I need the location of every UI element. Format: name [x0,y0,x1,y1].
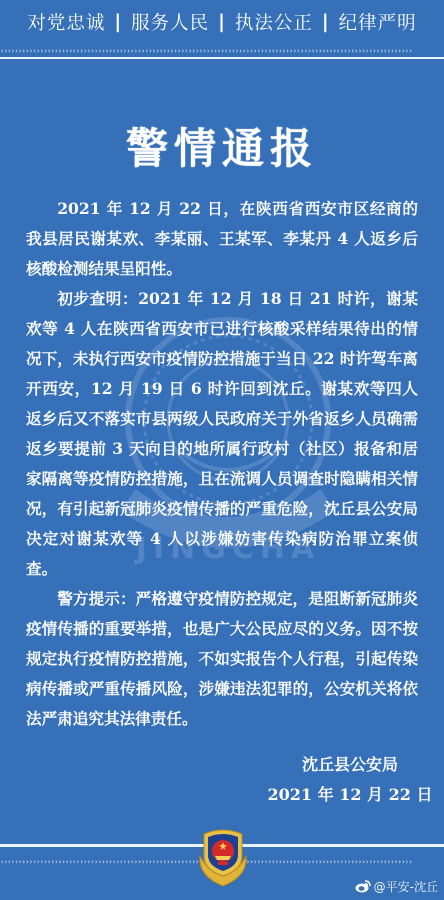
slogan-4: 纪律严明 [339,9,417,35]
police-emblem-icon [194,826,252,888]
issuer-name: 沈丘县公安局 [260,752,440,775]
paragraph-incident: 2021 年 12 月 22 日，在陕西省西安市区经商的我县居民谢某欢、李某丽、… [26,194,418,284]
header-divider-line [0,57,444,59]
slogan-2: 服务人民 [131,9,209,35]
slogan-separator: | [114,12,122,33]
slogan-1: 对党忠诚 [27,9,105,35]
paragraph-police-tip: 警方提示：严格遵守疫情防控规定，是阻断新冠肺炎疫情传播的重要举措，也是广大公民应… [26,584,418,734]
notice-body: 2021 年 12 月 22 日，在陕西省西安市区经商的我县居民谢某欢、李某丽、… [26,194,418,734]
slogan-separator: | [322,12,330,33]
paragraph-findings: 初步查明：2021 年 12 月 18 日 21 时许，谢某欢等 4 人在陕西省… [26,284,418,584]
weibo-handle: @平安-沈丘 [374,878,438,895]
weibo-icon [355,880,371,893]
header: 对党忠诚 | 服务人民 | 执法公正 | 纪律严明 ››››››››››››››… [0,0,444,58]
slogan-3: 执法公正 [235,9,313,35]
chevron-divider: ››››››››››››››››››››››››››››››››››››››››… [0,47,444,55]
page-title: 警情通报 [0,116,444,176]
weibo-credit: @平安-沈丘 [355,878,438,895]
slogan-bar: 对党忠诚 | 服务人民 | 执法公正 | 纪律严明 [0,9,444,35]
slogan-separator: | [218,12,226,33]
issue-date: 2021 年 12 月 22 日 [260,782,440,805]
